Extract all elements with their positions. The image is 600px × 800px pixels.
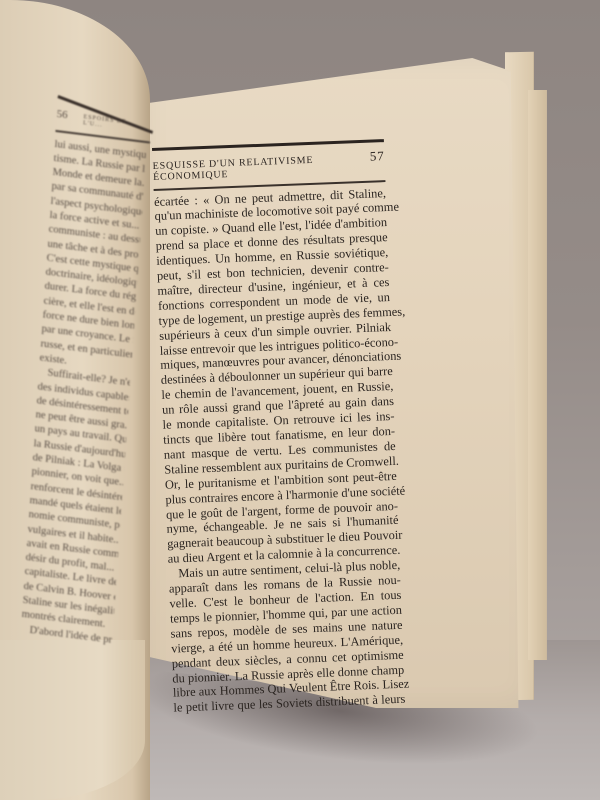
page-stack-edge-back xyxy=(528,90,547,660)
body-text: écartée : « On ne peut admettre, dit Sta… xyxy=(154,186,406,716)
page-number: 56 xyxy=(56,108,68,124)
running-header: ESQUISSE D'UN RELATIVISME ÉCONOMIQUE 57 xyxy=(152,148,385,183)
right-page-content: ESQUISSE D'UN RELATIVISME ÉCONOMIQUE 57 … xyxy=(152,139,406,716)
page-number: 57 xyxy=(370,148,385,165)
running-header-title: ESQUISSE D'UN RELATIVISME ÉCONOMIQUE xyxy=(152,153,370,183)
